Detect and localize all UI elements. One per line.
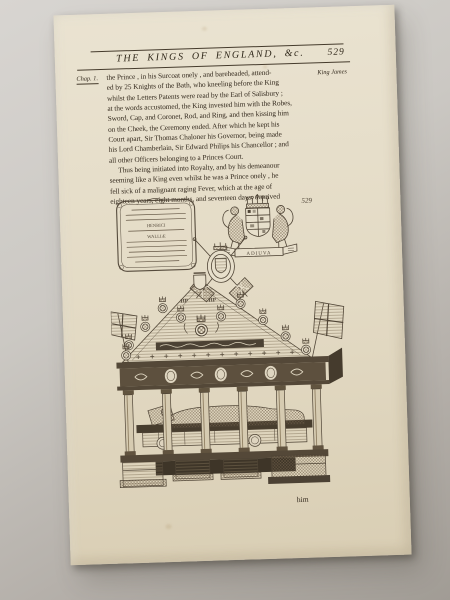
margin-note-chapter: Chap. 1. <box>76 75 98 85</box>
monogram-left: HP <box>180 298 188 304</box>
crossed-flags-armorial <box>189 236 254 302</box>
coronet-icon <box>246 195 269 208</box>
coat-of-arms: ADIUVA <box>219 194 297 258</box>
base-plinths <box>119 449 330 489</box>
tomb-engraving: HENRICI WALLIÆ 529 <box>107 191 350 490</box>
inscription-word-henrici: HENRICI <box>147 223 166 229</box>
effigy <box>136 400 313 451</box>
motto-text: ADIUVA <box>246 251 271 257</box>
inscription-cartouche: HENRICI WALLIÆ <box>116 197 196 271</box>
body-text: the Prince , in his Surcoat onely , and … <box>106 66 322 207</box>
book-page: THE KINGS OF ENGLAND, &c. 529 Chap. 1. K… <box>53 5 411 565</box>
canopy-pyramid <box>120 277 310 363</box>
foxing-spot <box>202 27 207 31</box>
apex-shield <box>194 275 206 290</box>
inscription-word-walliae: WALLIÆ <box>147 234 166 240</box>
paragraph-1: the Prince , in his Surcoat onely , and … <box>106 66 321 166</box>
motto-ribbon: ADIUVA <box>221 244 297 258</box>
margin-note-king: King James <box>317 68 347 76</box>
photo-background: THE KINGS OF ENGLAND, &c. 529 Chap. 1. K… <box>0 0 450 600</box>
monogram-right: HP <box>208 298 216 304</box>
foxing-spot <box>263 65 267 69</box>
catchword: him <box>297 495 309 504</box>
small-crown-icon <box>214 242 227 250</box>
plate-number: 529 <box>301 196 312 204</box>
page-number: 529 <box>327 47 345 58</box>
quartered-shield <box>246 208 271 237</box>
foxing-spot <box>165 524 171 529</box>
lion-supporter-right <box>272 205 294 248</box>
